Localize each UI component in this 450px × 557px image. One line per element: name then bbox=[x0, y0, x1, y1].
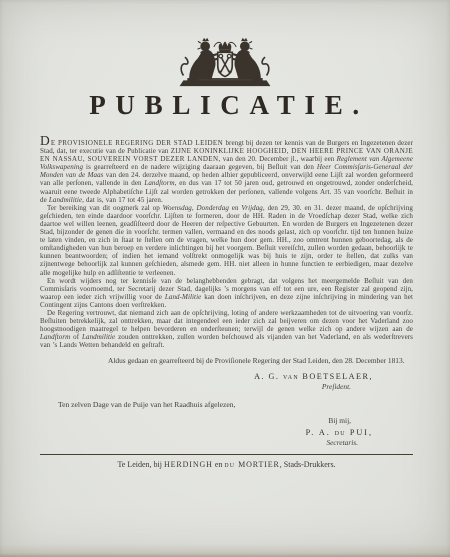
paragraph-volunteer-register: En wordt wijders nog ter kennisſe van de… bbox=[40, 277, 413, 309]
signatory-name: A. G. VAN BOETSELAER, bbox=[40, 372, 413, 381]
printer-imprint: Te Leiden, bij HERDINGH en DU MORTIER, S… bbox=[40, 460, 413, 469]
imprint-divider-rule bbox=[40, 454, 413, 455]
scan-bottom-edge bbox=[0, 544, 450, 557]
scanned-publication-page: PUBLICATIE. DE PROVISIONELE REGERING DER… bbox=[0, 0, 450, 557]
paragraph-warning: De Regering vertrouwt, dat niemand zich … bbox=[40, 309, 413, 349]
paragraph-registration-days: Ter bereiking van dit oogmerk zal op Woe… bbox=[40, 204, 413, 277]
countersignatory-name: P. A. DU PUI, bbox=[40, 428, 413, 437]
document-body: DE PROVISIONELE REGERING DER STAD LEIDEN… bbox=[40, 137, 413, 469]
closing-statement: Aldus gedaan en gearreſteerd bij de Prov… bbox=[108, 356, 413, 365]
countersign-intro: Bij mij, bbox=[40, 416, 413, 425]
read-from-townhall-line: Ten zelven Dage van de Puije van het Raa… bbox=[40, 400, 413, 409]
countersignatory-title: Secretaris. bbox=[40, 438, 413, 447]
paragraph-proclamation: DE PROVISIONELE REGERING DER STAD LEIDEN… bbox=[40, 137, 413, 204]
signatory-title: Preſident. bbox=[40, 382, 413, 391]
leiden-coat-of-arms-icon bbox=[176, 32, 274, 90]
publication-title: PUBLICATIE. bbox=[0, 90, 450, 121]
